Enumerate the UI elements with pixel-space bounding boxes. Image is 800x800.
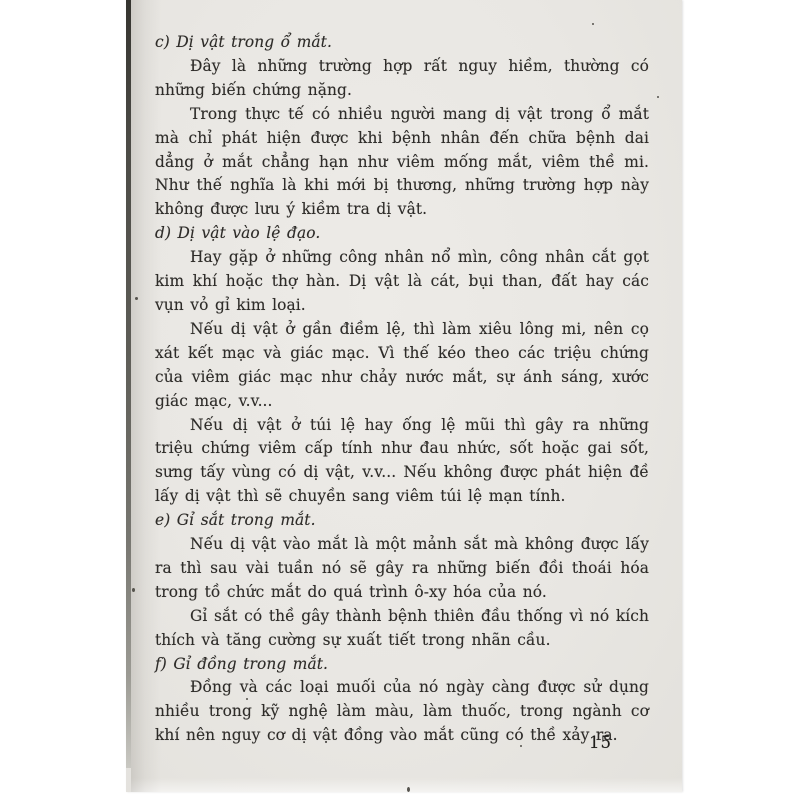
section-heading-c: c) Dị vật trong ổ mắt. (155, 31, 649, 55)
page-text-block: c) Dị vật trong ổ mắt. Đây là những trườ… (155, 31, 649, 748)
paragraph: Gỉ sắt có thề gây thành bệnh thiên đầu t… (155, 605, 649, 653)
paragraph: Trong thực tế có nhiều người mang dị vật… (155, 103, 649, 223)
paragraph: Nếu dị vật ở gần điềm lệ, thì làm xiêu l… (155, 318, 649, 414)
paragraph: Hay gặp ở những công nhân nổ mìn, công n… (155, 246, 649, 318)
paragraph: Nếu dị vật vào mắt là một mảnh sắt mà kh… (155, 533, 649, 605)
section-heading-e: e) Gỉ sắt trong mắt. (155, 509, 649, 533)
paragraph: Đây là những trường hợp rất nguy hiềm, t… (155, 55, 649, 103)
paragraph: Nếu dị vật ở túi lệ hay ống lệ mũi thì g… (155, 414, 649, 510)
scanned-book-page: c) Dị vật trong ổ mắt. Đây là những trườ… (126, 0, 682, 792)
page-number: 15 (589, 733, 612, 752)
section-heading-d: d) Dị vật vào lệ đạo. (155, 222, 649, 246)
scan-viewport: c) Dị vật trong ổ mắt. Đây là những trườ… (0, 0, 800, 800)
paragraph: Đồng và các loại muối của nó ngày càng đ… (155, 676, 649, 748)
section-heading-f: f) Gỉ đồng trong mắt. (155, 653, 649, 677)
